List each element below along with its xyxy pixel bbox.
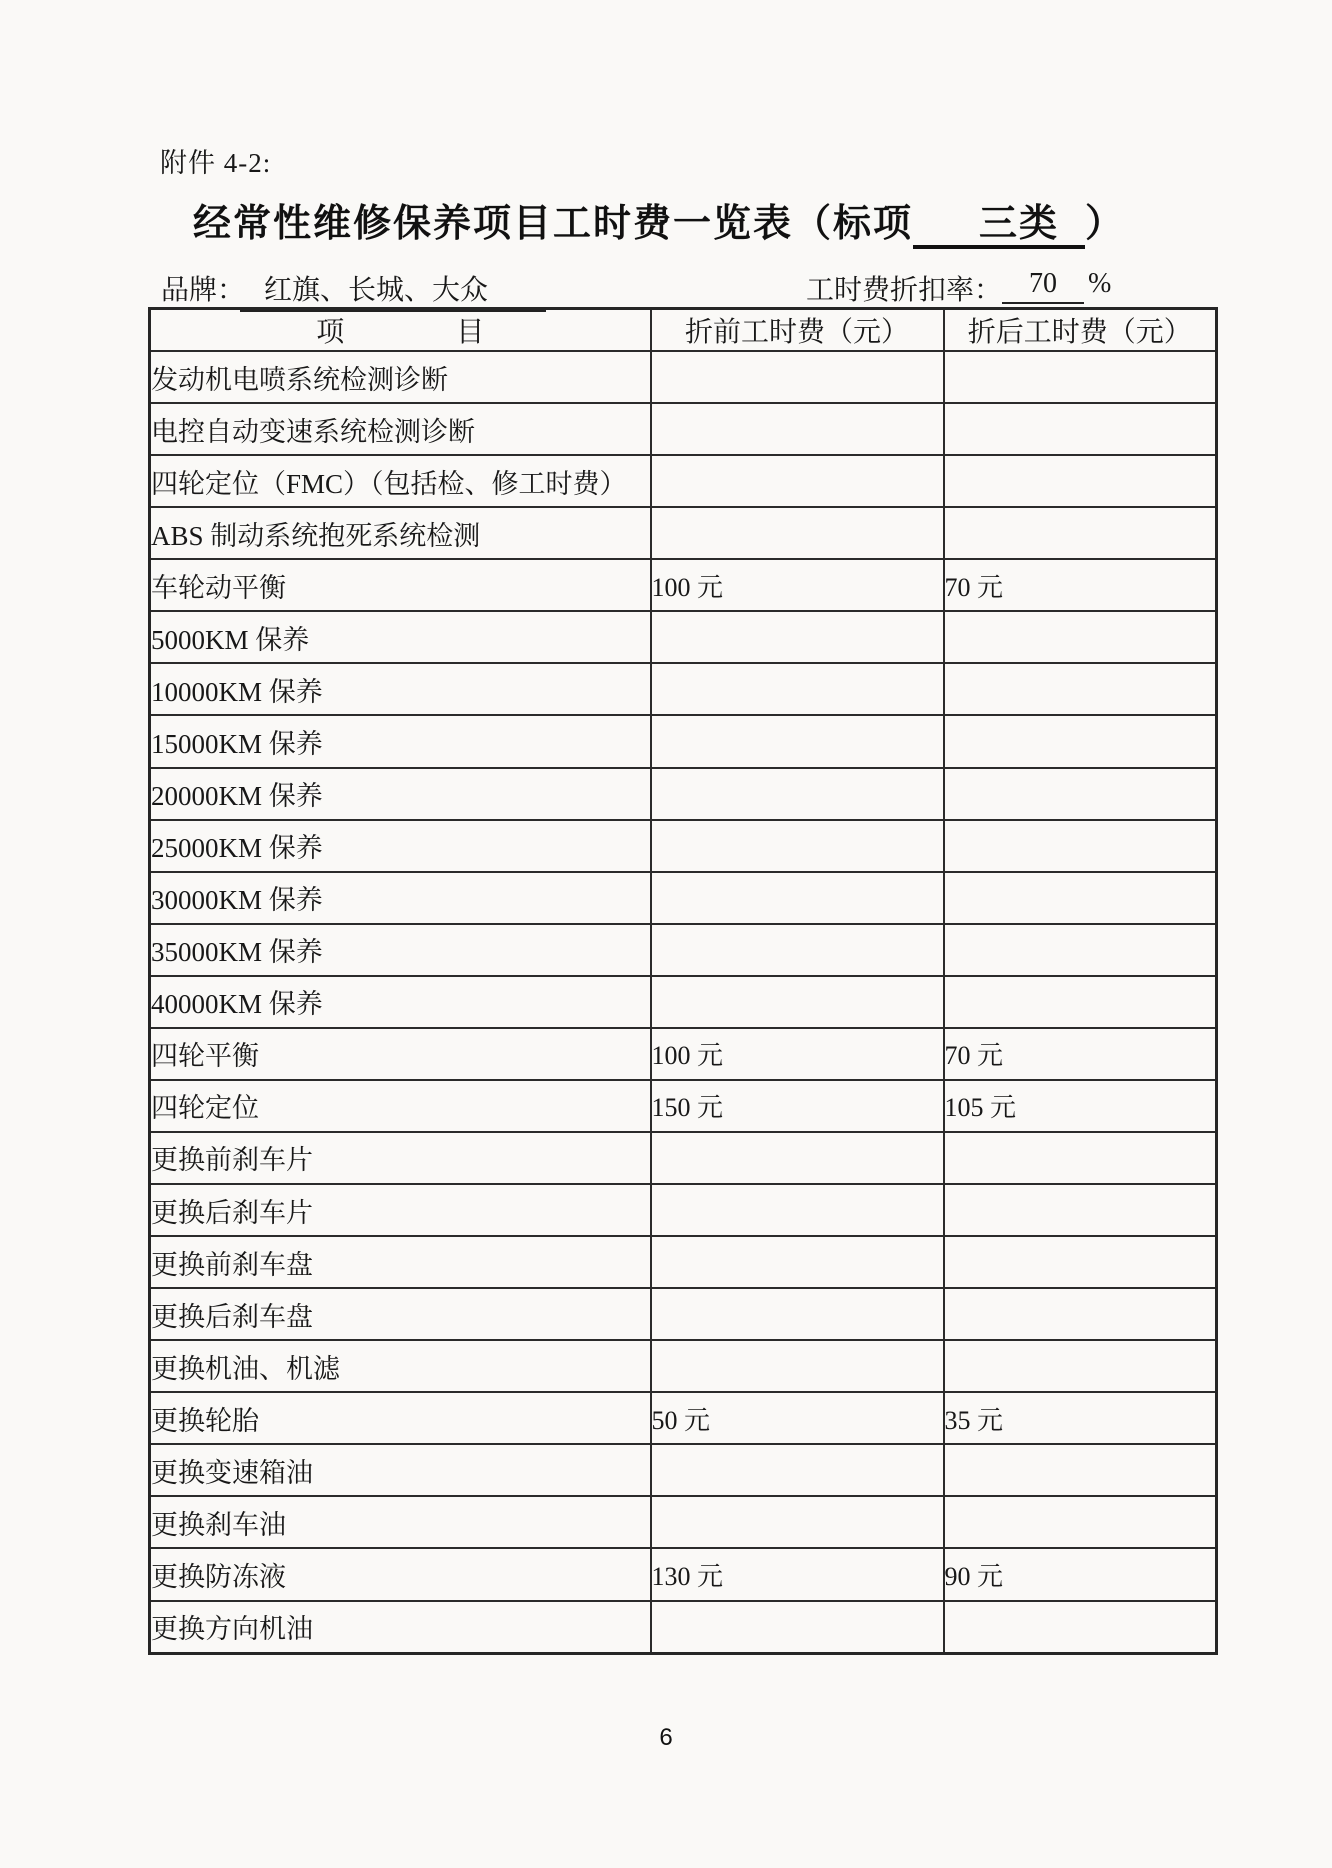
item-cell: 25000KM 保养 bbox=[150, 820, 651, 872]
table-row: 40000KM 保养 bbox=[150, 976, 1217, 1028]
item-cell: 四轮定位（FMC）（包括检、修工时费） bbox=[150, 455, 651, 507]
table-row: 5000KM 保养 bbox=[150, 611, 1217, 663]
pre-fee-cell bbox=[651, 663, 944, 715]
table-row: 四轮定位（FMC）（包括检、修工时费） bbox=[150, 455, 1217, 507]
pre-fee-cell: 130 元 bbox=[651, 1548, 944, 1600]
table-row: 电控自动变速系统检测诊断 bbox=[150, 403, 1217, 455]
pre-fee-cell: 150 元 bbox=[651, 1080, 944, 1132]
post-fee-cell: 70 元 bbox=[944, 559, 1217, 611]
post-fee-cell bbox=[944, 455, 1217, 507]
post-fee-cell: 70 元 bbox=[944, 1028, 1217, 1080]
item-cell: 10000KM 保养 bbox=[150, 663, 651, 715]
table-row: 更换前刹车片 bbox=[150, 1132, 1217, 1184]
post-fee-cell bbox=[944, 976, 1217, 1028]
table-row: ABS 制动系统抱死系统检测 bbox=[150, 507, 1217, 559]
table-row: 四轮定位 150 元 105 元 bbox=[150, 1080, 1217, 1132]
post-fee-cell bbox=[944, 403, 1217, 455]
table-row: 10000KM 保养 bbox=[150, 663, 1217, 715]
attachment-label: 附件 4-2: bbox=[160, 141, 271, 180]
item-cell: 更换后刹车盘 bbox=[150, 1288, 651, 1340]
post-fee-cell: 105 元 bbox=[944, 1080, 1217, 1132]
pre-fee-cell bbox=[651, 611, 944, 663]
discount-rate-label: 工时费折扣率： bbox=[806, 268, 1002, 308]
post-fee-cell bbox=[944, 820, 1217, 872]
item-cell: 更换机油、机滤 bbox=[150, 1340, 651, 1392]
pre-fee-cell: 100 元 bbox=[651, 1028, 944, 1080]
pre-fee-cell bbox=[651, 351, 944, 403]
discount-rate-unit: % bbox=[1088, 268, 1111, 300]
table-row: 四轮平衡 100 元 70 元 bbox=[150, 1028, 1217, 1080]
table-row: 车轮动平衡 100 元 70 元 bbox=[150, 559, 1217, 611]
post-fee-cell bbox=[944, 1288, 1217, 1340]
item-cell: 更换刹车油 bbox=[150, 1496, 651, 1548]
item-cell: 40000KM 保养 bbox=[150, 976, 651, 1028]
post-fee-cell: 35 元 bbox=[944, 1392, 1217, 1444]
pre-fee-cell bbox=[651, 1444, 944, 1496]
table-row: 20000KM 保养 bbox=[150, 768, 1217, 820]
header-item: 项 目 bbox=[150, 309, 651, 352]
pre-fee-cell: 50 元 bbox=[651, 1392, 944, 1444]
post-fee-cell bbox=[944, 768, 1217, 820]
header-pre-fee: 折前工时费（元） bbox=[651, 309, 944, 352]
item-cell: 35000KM 保养 bbox=[150, 924, 651, 976]
table-header-row: 项 目 折前工时费（元） 折后工时费（元） bbox=[150, 309, 1217, 352]
item-cell: 更换防冻液 bbox=[150, 1548, 651, 1600]
post-fee-cell bbox=[944, 1340, 1217, 1392]
brand-label: 品牌： bbox=[161, 268, 245, 308]
item-cell: 更换变速箱油 bbox=[150, 1444, 651, 1496]
pre-fee-cell bbox=[651, 1496, 944, 1548]
item-cell: 5000KM 保养 bbox=[150, 611, 651, 663]
item-cell: 更换轮胎 bbox=[150, 1392, 651, 1444]
item-cell: 四轮平衡 bbox=[150, 1028, 651, 1080]
item-cell: 车轮动平衡 bbox=[150, 559, 651, 611]
post-fee-cell bbox=[944, 1496, 1217, 1548]
pre-fee-cell bbox=[651, 768, 944, 820]
pre-fee-cell bbox=[651, 1601, 944, 1654]
post-fee-cell bbox=[944, 1236, 1217, 1288]
pre-fee-cell bbox=[651, 1132, 944, 1184]
title-category-value: 三类 bbox=[913, 205, 1085, 249]
item-cell: ABS 制动系统抱死系统检测 bbox=[150, 507, 651, 559]
item-cell: 15000KM 保养 bbox=[150, 715, 651, 767]
post-fee-cell bbox=[944, 611, 1217, 663]
meta-line: 品牌： 红旗、长城、大众 工时费折扣率： 70 % bbox=[0, 268, 1332, 308]
discount-rate-value: 70 bbox=[1002, 268, 1084, 304]
pre-fee-cell bbox=[651, 507, 944, 559]
page-number: 6 bbox=[0, 1724, 1332, 1752]
post-fee-cell bbox=[944, 1444, 1217, 1496]
post-fee-cell bbox=[944, 507, 1217, 559]
pre-fee-cell bbox=[651, 455, 944, 507]
pre-fee-cell: 100 元 bbox=[651, 559, 944, 611]
pre-fee-cell bbox=[651, 715, 944, 767]
pre-fee-cell bbox=[651, 820, 944, 872]
item-cell: 更换方向机油 bbox=[150, 1601, 651, 1654]
table-row: 更换变速箱油 bbox=[150, 1444, 1217, 1496]
table-row: 15000KM 保养 bbox=[150, 715, 1217, 767]
pre-fee-cell bbox=[651, 924, 944, 976]
item-cell: 四轮定位 bbox=[150, 1080, 651, 1132]
item-cell: 更换后刹车片 bbox=[150, 1184, 651, 1236]
post-fee-cell bbox=[944, 1601, 1217, 1654]
pre-fee-cell bbox=[651, 1236, 944, 1288]
pre-fee-cell bbox=[651, 1184, 944, 1236]
document-title: 经常性维修保养项目工时费一览表（标项 三类 ） bbox=[0, 192, 1318, 249]
table-row: 35000KM 保养 bbox=[150, 924, 1217, 976]
pre-fee-cell bbox=[651, 403, 944, 455]
pre-fee-cell bbox=[651, 1288, 944, 1340]
post-fee-cell bbox=[944, 715, 1217, 767]
post-fee-cell bbox=[944, 872, 1217, 924]
table-row: 发动机电喷系统检测诊断 bbox=[150, 351, 1217, 403]
table-row: 更换轮胎 50 元 35 元 bbox=[150, 1392, 1217, 1444]
table-row: 30000KM 保养 bbox=[150, 872, 1217, 924]
item-cell: 电控自动变速系统检测诊断 bbox=[150, 403, 651, 455]
fee-table: 项 目 折前工时费（元） 折后工时费（元） 发动机电喷系统检测诊断 电控自动变速… bbox=[148, 307, 1218, 1655]
header-post-fee: 折后工时费（元） bbox=[944, 309, 1217, 352]
pre-fee-cell bbox=[651, 872, 944, 924]
table-row: 更换机油、机滤 bbox=[150, 1340, 1217, 1392]
post-fee-cell bbox=[944, 351, 1217, 403]
post-fee-cell bbox=[944, 1132, 1217, 1184]
table-row: 更换防冻液 130 元 90 元 bbox=[150, 1548, 1217, 1600]
document-title-suffix: ） bbox=[1085, 203, 1125, 245]
table-row: 25000KM 保养 bbox=[150, 820, 1217, 872]
item-cell: 20000KM 保养 bbox=[150, 768, 651, 820]
table-row: 更换后刹车盘 bbox=[150, 1288, 1217, 1340]
table-row: 更换方向机油 bbox=[150, 1601, 1217, 1654]
item-cell: 更换前刹车盘 bbox=[150, 1236, 651, 1288]
document-title-prefix: 经常性维修保养项目工时费一览表（标项 bbox=[193, 203, 913, 245]
table-row: 更换后刹车片 bbox=[150, 1184, 1217, 1236]
page: { "page": { "attachment_label": "附件 4-2:… bbox=[0, 0, 1332, 1868]
post-fee-cell: 90 元 bbox=[944, 1548, 1217, 1600]
post-fee-cell bbox=[944, 663, 1217, 715]
pre-fee-cell bbox=[651, 976, 944, 1028]
post-fee-cell bbox=[944, 924, 1217, 976]
item-cell: 更换前刹车片 bbox=[150, 1132, 651, 1184]
pre-fee-cell bbox=[651, 1340, 944, 1392]
post-fee-cell bbox=[944, 1184, 1217, 1236]
table-row: 更换前刹车盘 bbox=[150, 1236, 1217, 1288]
brand-value: 红旗、长城、大众 bbox=[240, 268, 546, 312]
table-row: 更换刹车油 bbox=[150, 1496, 1217, 1548]
item-cell: 30000KM 保养 bbox=[150, 872, 651, 924]
item-cell: 发动机电喷系统检测诊断 bbox=[150, 351, 651, 403]
